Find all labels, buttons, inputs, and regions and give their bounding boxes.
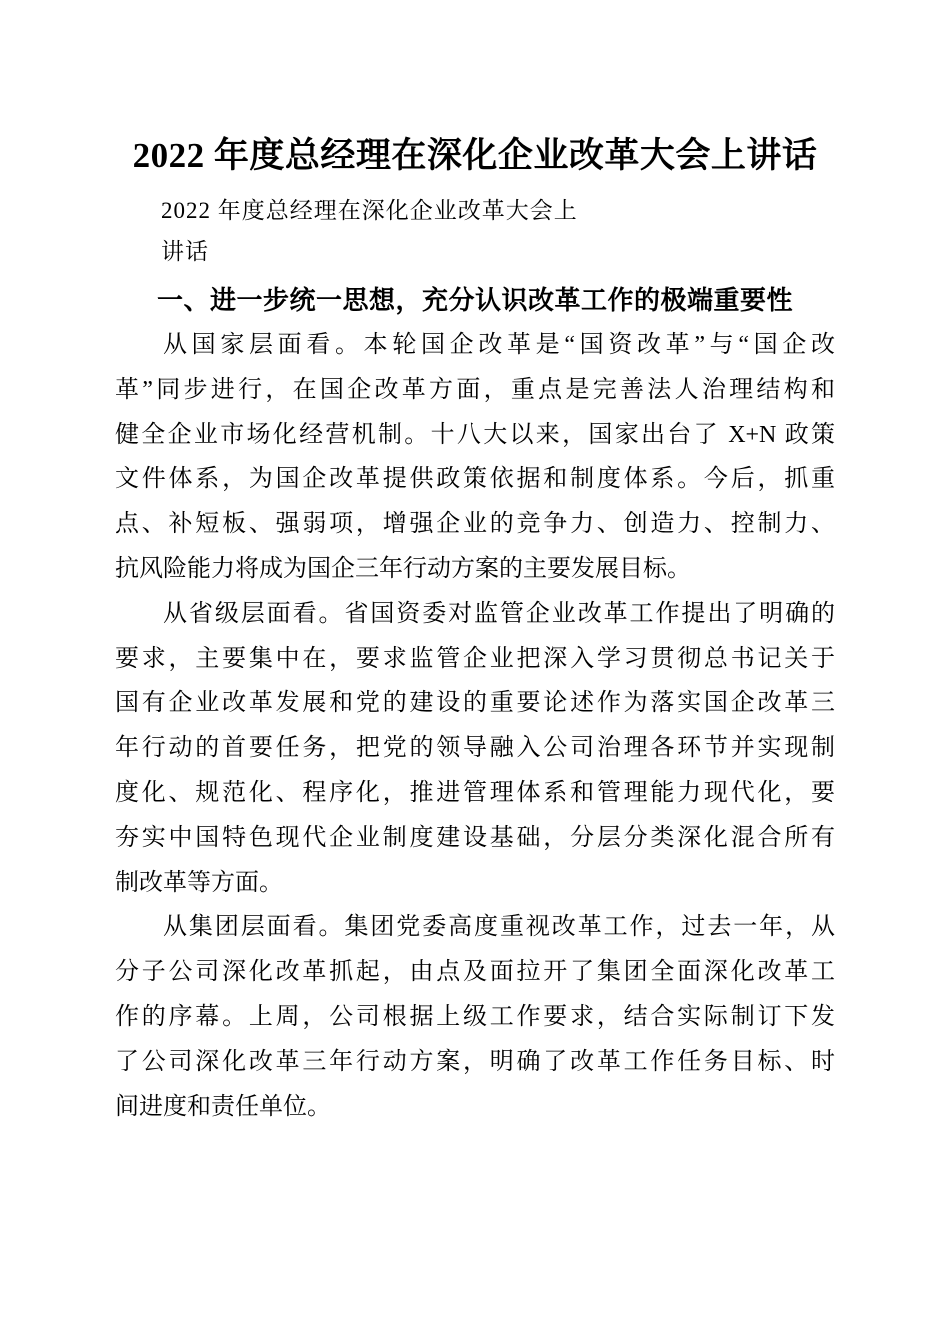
paragraph-line: 从集团层面看。集团党委高度重视改革工作，过去一年，从 — [115, 905, 835, 950]
subtitle-line-2: 讲话 — [115, 231, 835, 272]
document-subtitle: 2022 年度总经理在深化企业改革大会上 讲话 — [115, 190, 835, 272]
paragraph-line: 国有企业改革发展和党的建设的重要论述作为落实国企改革三 — [115, 681, 835, 726]
paragraph-line: 间进度和责任单位。 — [115, 1085, 835, 1130]
section-heading: 一、进一步统一思想，充分认识改革工作的极端重要性 — [115, 278, 835, 323]
paragraph-line: 抗风险能力将成为国企三年行动方案的主要发展目标。 — [115, 547, 835, 592]
paragraph-line: 要求，主要集中在，要求监管企业把深入学习贯彻总书记关于 — [115, 637, 835, 682]
paragraph-line: 夯实中国特色现代企业制度建设基础，分层分类深化混合所有 — [115, 816, 835, 861]
document-title: 2022 年度总经理在深化企业改革大会上讲话 — [115, 0, 835, 182]
paragraph-line: 从省级层面看。省国资委对监管企业改革工作提出了明确的 — [115, 592, 835, 637]
paragraph-line: 制改革等方面。 — [115, 861, 835, 906]
paragraph-line: 革”同步进行，在国企改革方面，重点是完善法人治理结构和 — [115, 368, 835, 413]
paragraph-line: 了公司深化改革三年行动方案，明确了改革工作任务目标、时 — [115, 1040, 835, 1085]
paragraph-line: 年行动的首要任务，把党的领导融入公司治理各环节并实现制 — [115, 726, 835, 771]
paragraph-line: 从国家层面看。本轮国企改革是“国资改革”与“国企改 — [115, 323, 835, 368]
paragraph-line: 作的序幕。上周，公司根据上级工作要求，结合实际制订下发 — [115, 995, 835, 1040]
paragraph-line: 分子公司深化改革抓起，由点及面拉开了集团全面深化改革工 — [115, 950, 835, 995]
paragraph-line: 点、补短板、强弱项，增强企业的竞争力、创造力、控制力、 — [115, 502, 835, 547]
subtitle-line-1: 2022 年度总经理在深化企业改革大会上 — [115, 190, 835, 231]
document-page: 2022 年度总经理在深化企业改革大会上讲话 2022 年度总经理在深化企业改革… — [0, 0, 950, 1344]
body-text: 从国家层面看。本轮国企改革是“国资改革”与“国企改革”同步进行，在国企改革方面，… — [115, 323, 835, 1129]
document-content: 2022 年度总经理在深化企业改革大会上讲话 2022 年度总经理在深化企业改革… — [0, 0, 950, 1129]
paragraph-line: 文件体系，为国企改革提供政策依据和制度体系。今后，抓重 — [115, 457, 835, 502]
paragraph-line: 度化、规范化、程序化，推进管理体系和管理能力现代化，要 — [115, 771, 835, 816]
paragraph-line: 健全企业市场化经营机制。十八大以来，国家出台了 X+N 政策 — [115, 413, 835, 458]
